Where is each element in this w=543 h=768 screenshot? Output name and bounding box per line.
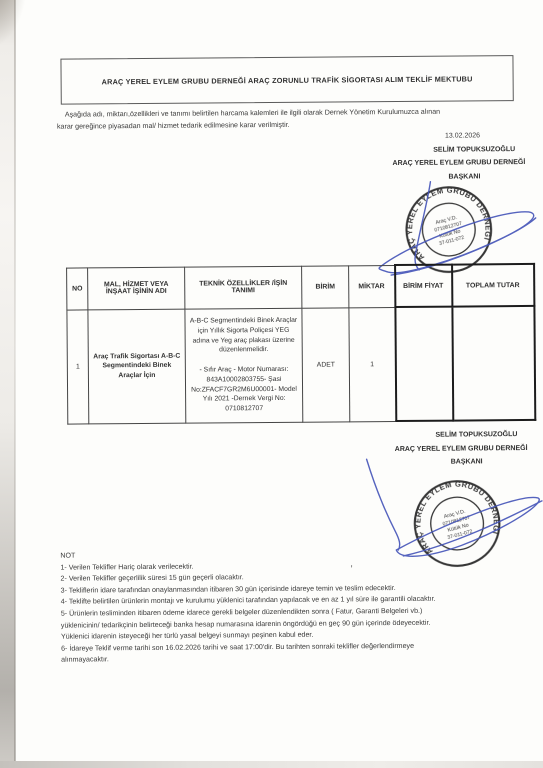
cell-no: 1 [67, 309, 89, 423]
scanned-document-page: ARAÇ YEREL EYLEM GRUBU DERNEĞİ ARAÇ ZORU… [0, 0, 543, 768]
items-table: NO MAL, HİZMET VEYA İNŞAAT İŞİNİN ADI TE… [66, 263, 536, 425]
header-technical-spec: TEKNİK ÖZELLİKLER /İŞİN TANIMI [185, 266, 302, 309]
issue-date: 13.02.2026 [445, 132, 480, 139]
header-item-name: MAL, HİZMET VEYA İNŞAAT İŞİNİN ADI [88, 267, 185, 310]
table-header-row: NO MAL, HİZMET VEYA İNŞAAT İŞİNİN ADI TE… [67, 264, 534, 310]
cell-total [452, 306, 535, 421]
signer-organization: ARAÇ YEREL EYLEM GRUBU DERNEĞİ [392, 159, 525, 167]
document-content: ARAÇ YEREL EYLEM GRUBU DERNEĞİ ARAÇ ZORU… [0, 0, 543, 768]
header-total: TOPLAM TUTAR [452, 264, 534, 307]
cell-quantity: 1 [349, 307, 396, 421]
note-line: 6- İdareye Teklif verme tarihi son 16.02… [61, 640, 525, 667]
document-title: ARAÇ YEREL EYLEM GRUBU DERNEĞİ ARAÇ ZORU… [88, 74, 487, 86]
header-unit: BİRİM [302, 265, 349, 307]
intro-paragraph: Aşağıda adı, miktarı,özellikleri ve tanı… [57, 106, 515, 133]
header-quantity: MİKTAR [349, 265, 395, 307]
cell-unit-price [395, 307, 453, 421]
cell-item-name: Araç Trafik Sigortası A-B-C Segmentindek… [88, 309, 186, 424]
signer-name: SELİM TOPUKSUZOĞLU [433, 146, 515, 154]
scan-bottom-edge [0, 761, 543, 768]
cell-unit: ADET [302, 307, 350, 421]
cell-technical-spec: A-B-C Segmentindeki Binek Araçlar için Y… [185, 308, 303, 423]
header-unit-price: BİRİM FİYAT [395, 265, 452, 307]
note-line: 5- Ürünlerin tesliminden itibaren ödeme … [61, 605, 525, 643]
table-row: 1 Araç Trafik Sigortası A-B-C Segmentind… [67, 306, 535, 424]
header-no: NO [67, 267, 88, 309]
notes-section: NOT 1- Verilen Teklifler Hariç olarak ve… [60, 547, 525, 667]
title-box: ARAÇ YEREL EYLEM GRUBU DERNEĞİ ARAÇ ZORU… [60, 55, 513, 105]
signer-name: SELİM TOPUKSUZOĞLU [435, 431, 517, 439]
